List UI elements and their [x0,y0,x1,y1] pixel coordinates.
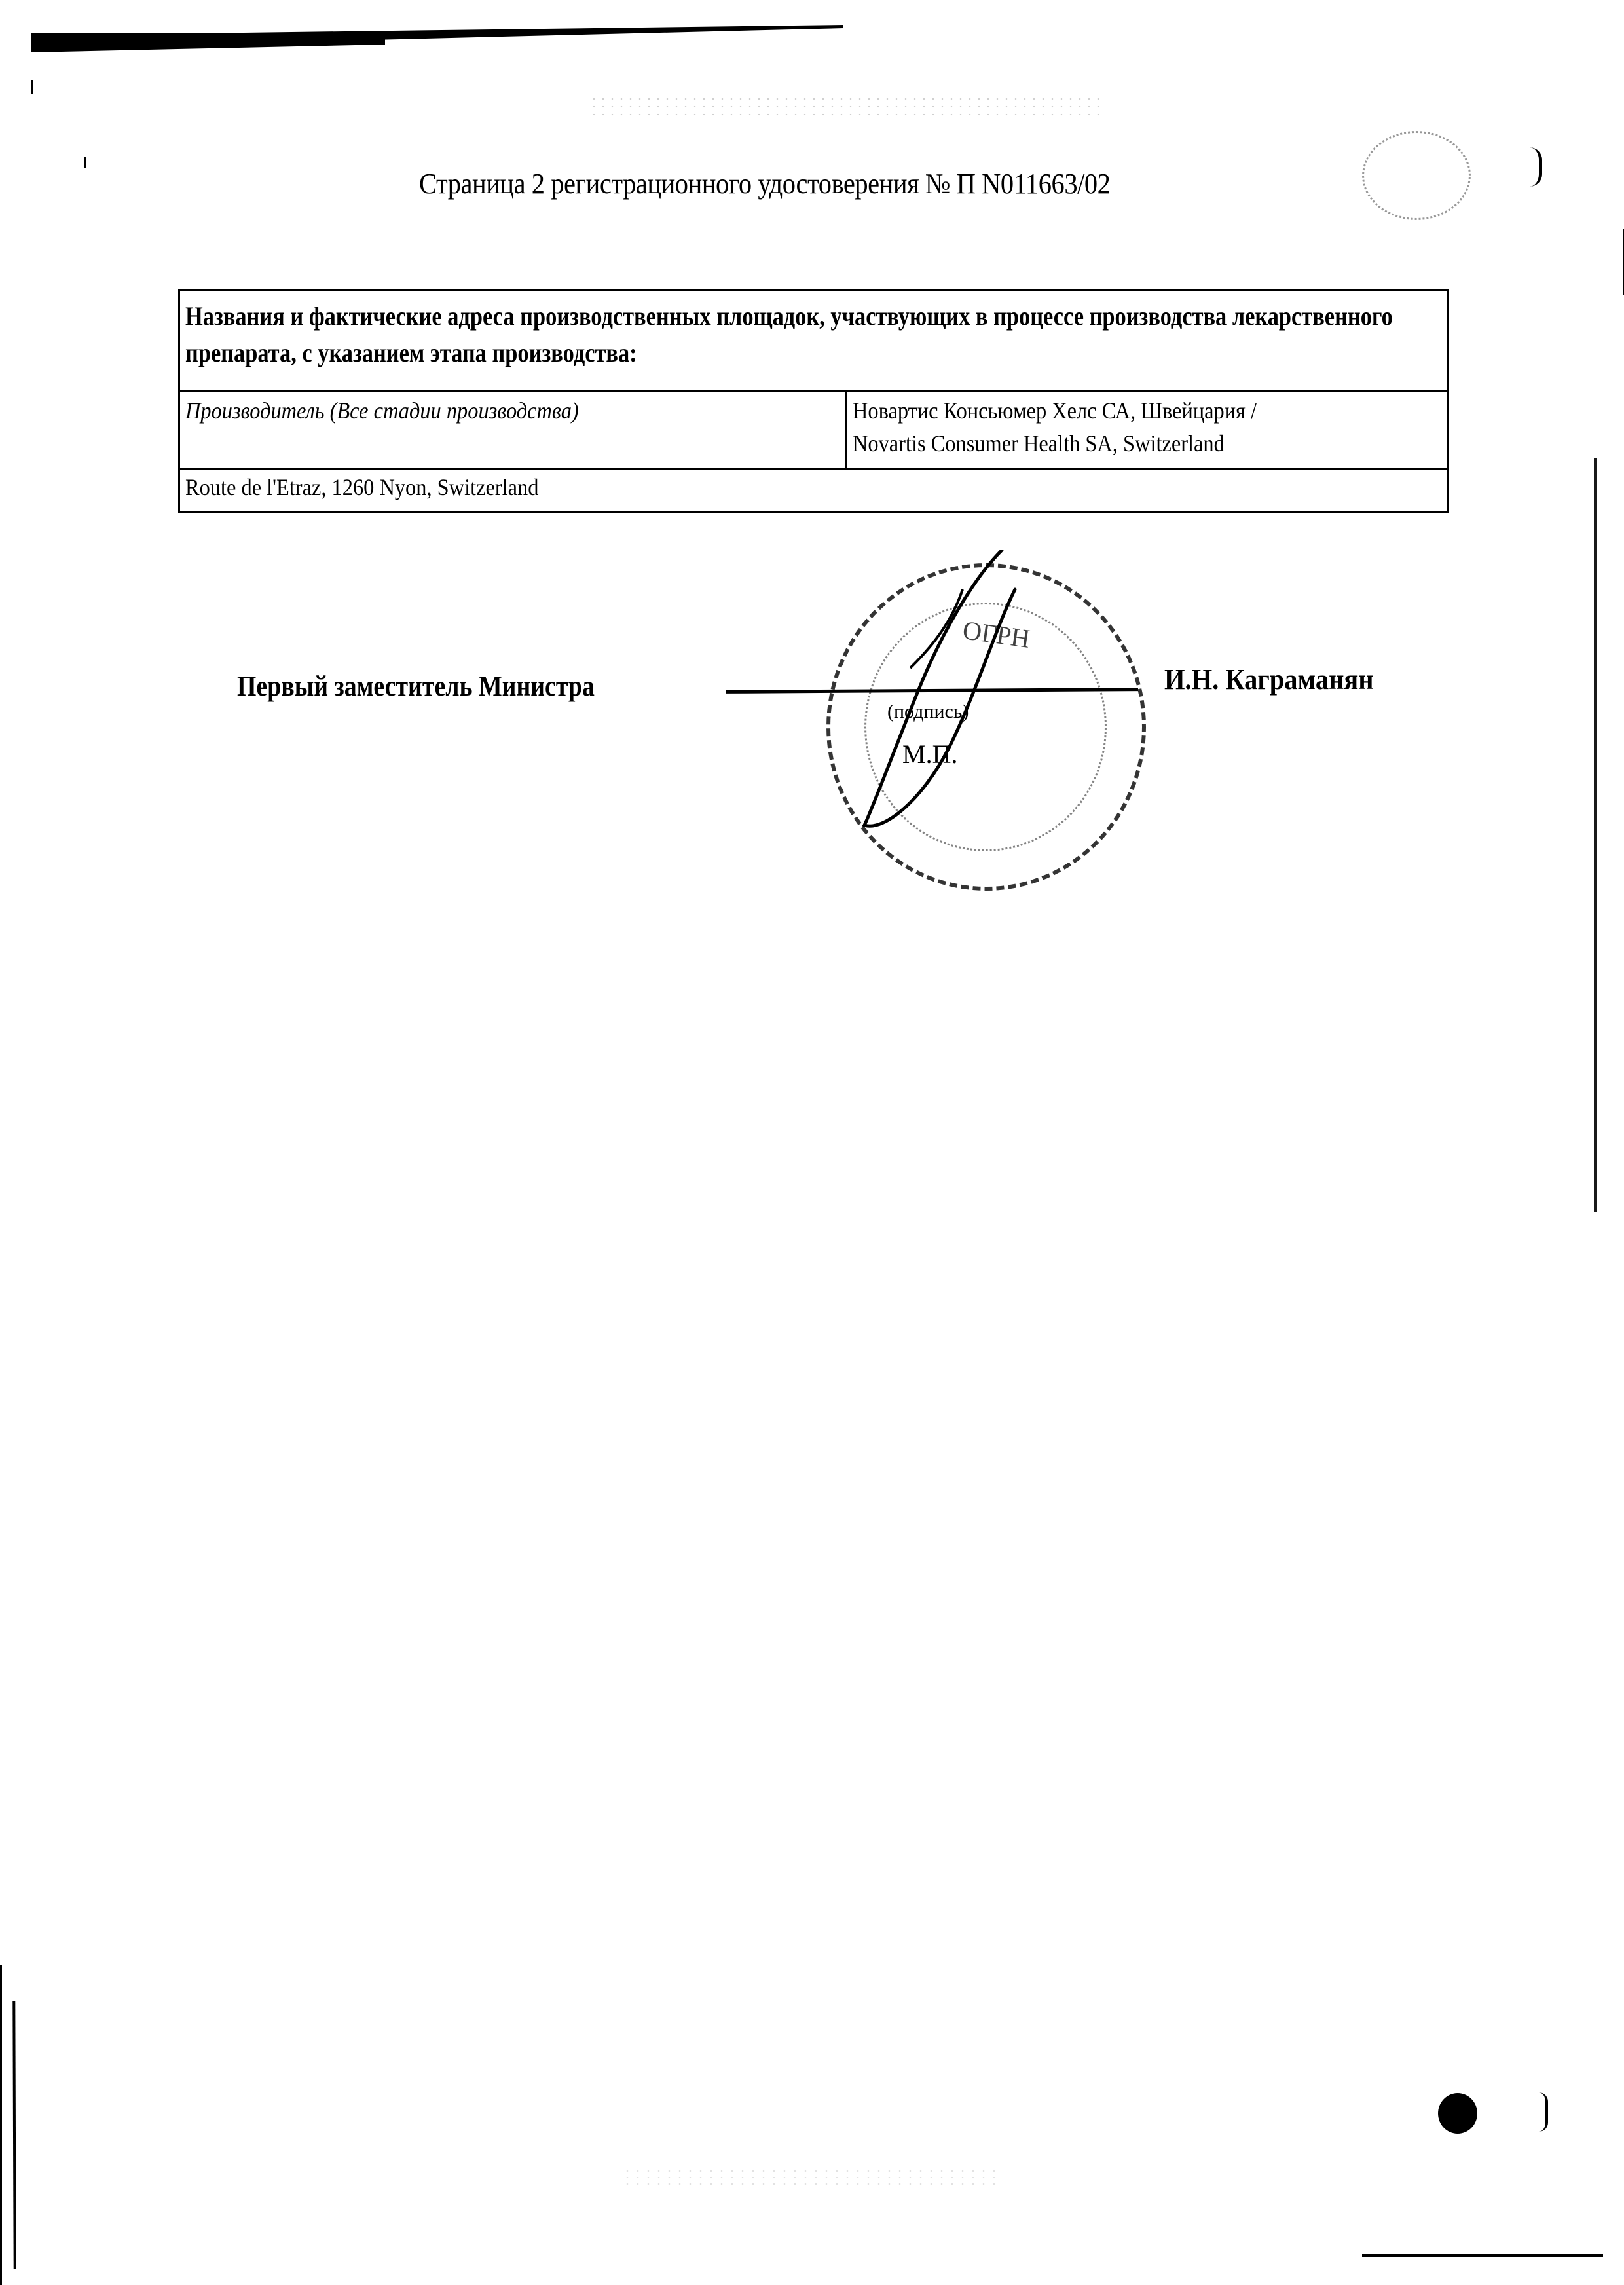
scan-artifact-line [12,2001,16,2269]
production-sites-table: Названия и фактические адреса производст… [178,289,1449,513]
scan-artifact-noise [622,2168,1002,2187]
company-name-en: Novartis Consumer Health SA, Switzerland [853,427,1225,460]
role-cell: Производитель (Все стадии производства) [179,391,847,469]
company-cell: Новартис Консьюмер Хелс СА, Швейцария / … [847,391,1448,469]
scan-artifact-bar [31,25,843,48]
stamp-place-label: М.П. [902,739,957,770]
page-title: Страница 2 регистрационного удостоверени… [419,167,1110,200]
address-cell: Route de l'Etraz, 1260 Nyon, Switzerland [179,469,1448,513]
table-heading: Названия и фактические адреса производст… [185,298,1438,371]
scan-artifact-mark [31,80,33,94]
scan-artifact-line [0,1965,2,2285]
producer-role: Производитель (Все стадии производства) [185,394,579,427]
signature-caption: (подпись) [887,701,969,723]
scan-artifact-bracket [1530,147,1542,187]
table-heading-row: Названия и фактические адреса производст… [179,291,1448,391]
company-name-ru: Новартис Консьюмер Хелс СА, Швейцария / [853,394,1257,427]
scan-artifact-noise [589,95,1100,121]
hole-punch-mark [1438,2093,1477,2134]
site-address: Route de l'Etraz, 1260 Nyon, Switzerland [185,470,538,505]
table-heading-cell: Названия и фактические адреса производст… [179,291,1448,391]
scan-artifact-mark [84,157,86,168]
table-row-address: Route de l'Etraz, 1260 Nyon, Switzerland [179,469,1448,513]
signatory-name: И.Н. Каграманян [1164,663,1374,696]
scan-artifact-line [1594,458,1597,1212]
scan-artifact-line [1362,2254,1603,2257]
table-row: Производитель (Все стадии производства) … [179,391,1448,469]
signatory-position: Первый заместитель Министра [237,669,595,703]
faint-seal-mark [1362,131,1471,220]
scan-artifact-bracket [1539,2092,1548,2132]
